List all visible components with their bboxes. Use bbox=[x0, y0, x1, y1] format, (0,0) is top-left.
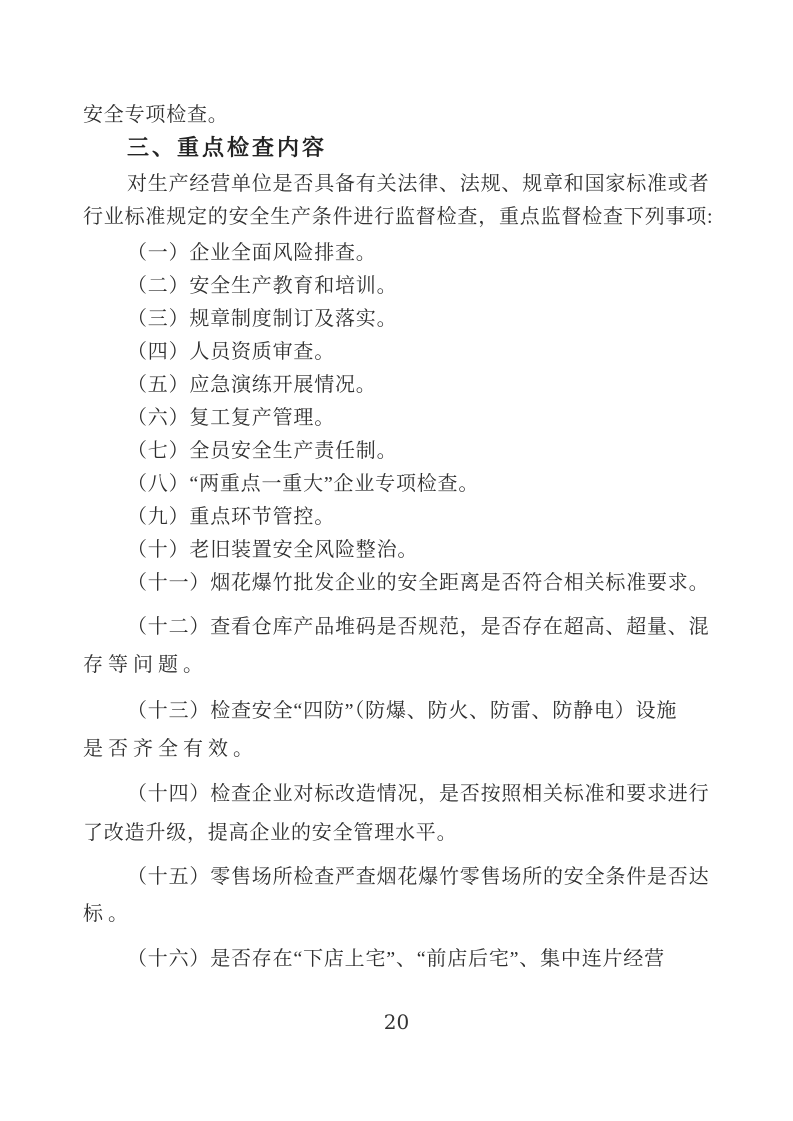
doc-line-4: （一）企业全面风险排查。 bbox=[127, 240, 377, 267]
doc-line-2: 对生产经营单位是否具备有关法律、法规、规章和国家标准或者 bbox=[127, 171, 709, 198]
doc-line-8: （五）应急演练开展情况。 bbox=[127, 372, 377, 399]
doc-line-17: （十三）检查安全“四防”（防爆、防火、防雷、防静电）设施 bbox=[127, 698, 677, 725]
doc-line-10: （七）全员安全生产责任制。 bbox=[127, 438, 397, 465]
doc-line-20: 了改造升级，提高企业的安全管理水平。 bbox=[83, 820, 457, 847]
doc-line-11: （八）“两重点一重大”企业专项检查。 bbox=[127, 471, 479, 498]
doc-line-5: （二）安全生产教育和培训。 bbox=[127, 273, 397, 300]
doc-line-3: 行业标准规定的安全生产条件进行监督检查，重点监督检查下列事项: bbox=[83, 204, 713, 231]
doc-line-16: 存等问题。 bbox=[83, 652, 208, 679]
section-heading: 三、重点检查内容 bbox=[127, 134, 327, 161]
doc-line-13: （十）老旧装置安全风险整治。 bbox=[127, 537, 418, 564]
doc-line-22: 标。 bbox=[83, 901, 133, 928]
doc-line-14: （十一）烟花爆竹批发企业的安全距离是否符合相关标准要求。 bbox=[127, 570, 709, 597]
doc-line-23: （十六）是否存在“下店上宅”、“前店后宅”、集中连片经营 bbox=[127, 946, 665, 973]
doc-line-21: （十五）零售场所检查严查烟花爆竹零售场所的安全条件是否达 bbox=[127, 864, 709, 891]
doc-line-9: （六）复工复产管理。 bbox=[127, 405, 335, 432]
doc-line-18: 是否齐全有效。 bbox=[83, 736, 258, 763]
doc-line-12: （九）重点环节管控。 bbox=[127, 504, 335, 531]
doc-line-19: （十四）检查企业对标改造情况，是否按照相关标准和要求进行 bbox=[127, 781, 709, 808]
doc-line-7: （四）人员资质审查。 bbox=[127, 339, 335, 366]
doc-line-15: （十二）查看仓库产品堆码是否规范，是否存在超高、超量、混 bbox=[127, 614, 709, 641]
page-number: 20 bbox=[0, 1010, 793, 1034]
doc-line-6: （三）规章制度制订及落实。 bbox=[127, 306, 397, 333]
document-page: 安全专项检查。 三、重点检查内容 对生产经营单位是否具备有关法律、法规、规章和国… bbox=[0, 0, 793, 1121]
doc-line-0: 安全专项检查。 bbox=[83, 102, 229, 129]
